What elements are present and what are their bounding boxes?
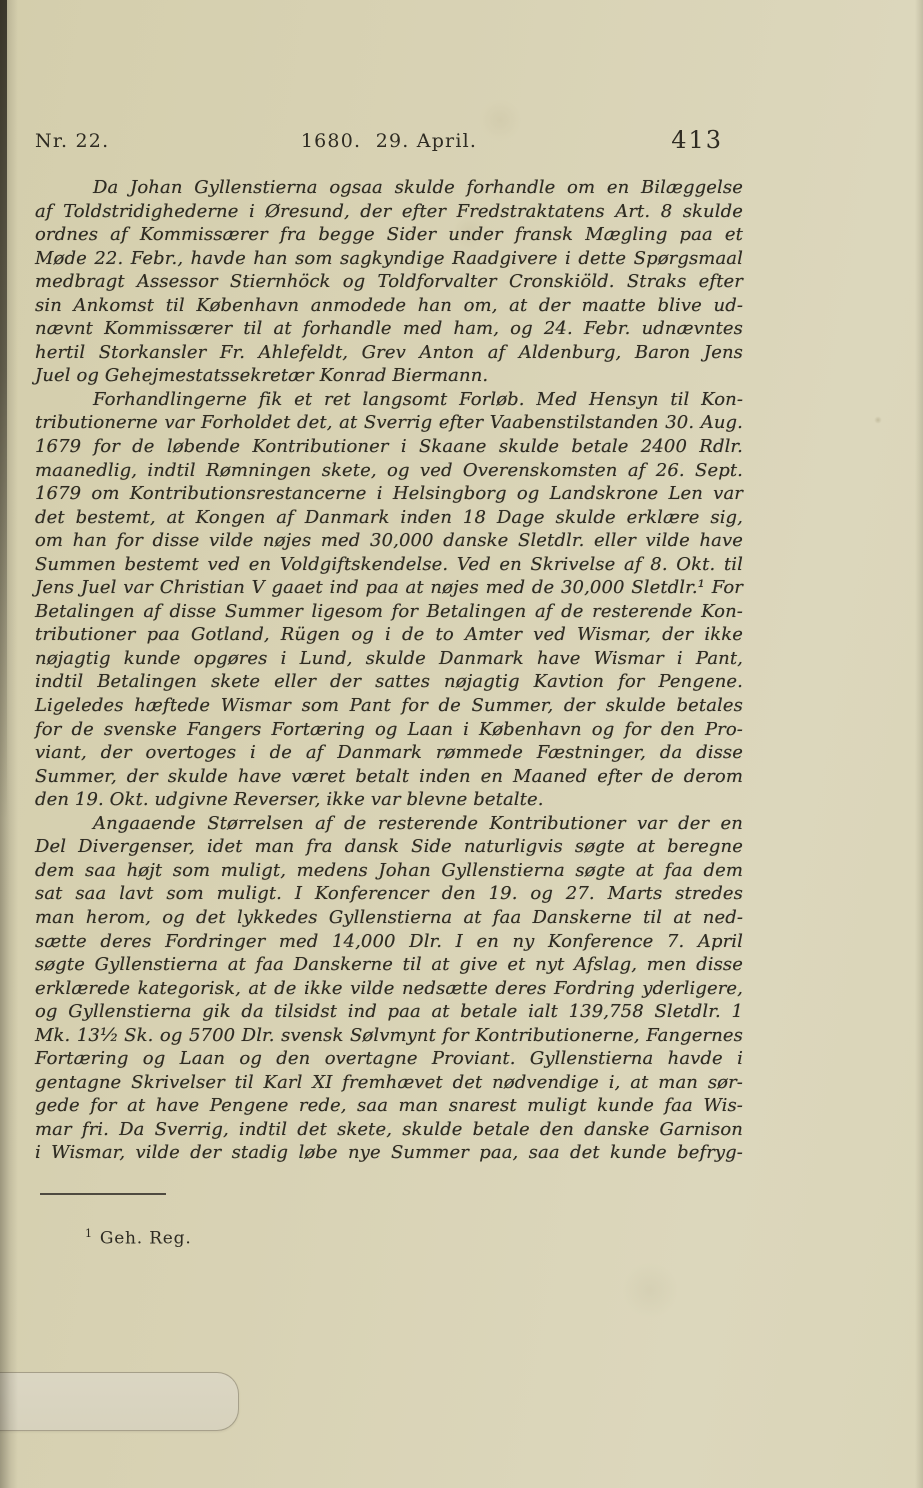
text-line: Forhandlingerne fik et ret langsomt Forl… (35, 388, 743, 412)
text-line: erklærede kategorisk, at de ikke vilde n… (35, 977, 743, 1001)
left-dark-edge (0, 0, 7, 820)
text-line: maanedlig, indtil Rømningen skete, og ve… (35, 459, 743, 483)
text-line: sin Ankomst til København anmodede han o… (35, 294, 743, 318)
text-line: om han for disse vilde nøjes med 30,000 … (35, 529, 743, 553)
text-line: Summen bestemt ved en Voldgiftskendelse.… (35, 553, 743, 577)
footnote-marker: 1 (85, 1227, 93, 1240)
text-line: man herom, og det lykkedes Gyllenstierna… (35, 906, 743, 930)
right-edge-shadow (915, 0, 923, 1488)
body-text: Da Johan Gyllenstierna ogsaa skulde forh… (35, 176, 743, 1165)
text-line: Da Johan Gyllenstierna ogsaa skulde forh… (35, 176, 743, 200)
text-line: Mk. 13¹⁄₂ Sk. og 5700 Dlr. svensk Sølvmy… (35, 1024, 743, 1048)
header-date: 1680. 29. April. (35, 130, 743, 152)
text-line: nævnt Kommissærer til at forhandle med h… (35, 317, 743, 341)
text-line: Betalingen af disse Summer ligesom for B… (35, 600, 743, 624)
text-line: 1679 for de løbende Kontributioner i Ska… (35, 435, 743, 459)
text-line: Møde 22. Febr., havde han som sagkyndige… (35, 247, 743, 271)
scanned-book-page: Nr. 22. 1680. 29. April. 413 Da Johan Gy… (0, 0, 923, 1488)
text-line: sætte deres Fordringer med 14,000 Dlr. I… (35, 930, 743, 954)
text-line: ordnes af Kommissærer fra begge Sider un… (35, 223, 743, 247)
text-line: nøjagtig kunde opgøres i Lund, skulde Da… (35, 647, 743, 671)
text-line: gentagne Skrivelser til Karl XI fremhæve… (35, 1071, 743, 1095)
text-line: Jens Juel var Christian V gaaet ind paa … (35, 576, 743, 600)
text-line: dem saa højt som muligt, medens Johan Gy… (35, 859, 743, 883)
text-line: af Toldstridighederne i Øresund, der eft… (35, 200, 743, 224)
text-line: Juel og Gehejmestatssekretær Konrad Bier… (35, 364, 743, 388)
footnote-text: Geh. Reg. (100, 1229, 192, 1249)
left-edge-shadow (0, 0, 18, 1488)
text-line: og Gyllenstierna gik da tilsidst ind paa… (35, 1000, 743, 1024)
text-line: den 19. Okt. udgivne Reverser, ikke var … (35, 788, 743, 812)
text-line: Fortæring og Laan og den overtagne Provi… (35, 1047, 743, 1071)
text-line: indtil Betalingen skete eller der sattes… (35, 670, 743, 694)
paper-strip-artifact (0, 1372, 239, 1431)
text-line: 1679 om Kontributionsrestancerne i Helsi… (35, 482, 743, 506)
text-line: Summer, der skulde have været betalt ind… (35, 765, 743, 789)
text-line: i Wismar, vilde der stadig løbe nye Summ… (35, 1141, 743, 1165)
text-line: tributioner paa Gotland, Rügen og i de t… (35, 623, 743, 647)
text-line: sat saa lavt som muligt. I Konferencer d… (35, 882, 743, 906)
text-line: medbragt Assessor Stiernhöck og Toldforv… (35, 270, 743, 294)
page-number: 413 (671, 126, 723, 154)
text-line: det bestemt, at Kongen af Danmark inden … (35, 506, 743, 530)
page-header: Nr. 22. 1680. 29. April. 413 (35, 128, 743, 154)
footnote-separator (40, 1193, 166, 1195)
text-line: Ligeledes hæftede Wismar som Pant for de… (35, 694, 743, 718)
text-line: søgte Gyllenstierna at faa Danskerne til… (35, 953, 743, 977)
text-line: Del Divergenser, idet man fra dansk Side… (35, 835, 743, 859)
text-line: mar fri. Da Sverrig, indtil det skete, s… (35, 1118, 743, 1142)
text-line: hertil Storkansler Fr. Ahlefeldt, Grev A… (35, 341, 743, 365)
text-line: Angaaende Størrelsen af de resterende Ko… (35, 812, 743, 836)
text-line: tributionerne var Forholdet det, at Sver… (35, 411, 743, 435)
text-line: gede for at have Pengene rede, saa man s… (35, 1094, 743, 1118)
text-line: for de svenske Fangers Fortæring og Laan… (35, 718, 743, 742)
text-line: viant, der overtoges i de af Danmark røm… (35, 741, 743, 765)
footnote: 1Geh. Reg. (35, 1227, 585, 1249)
